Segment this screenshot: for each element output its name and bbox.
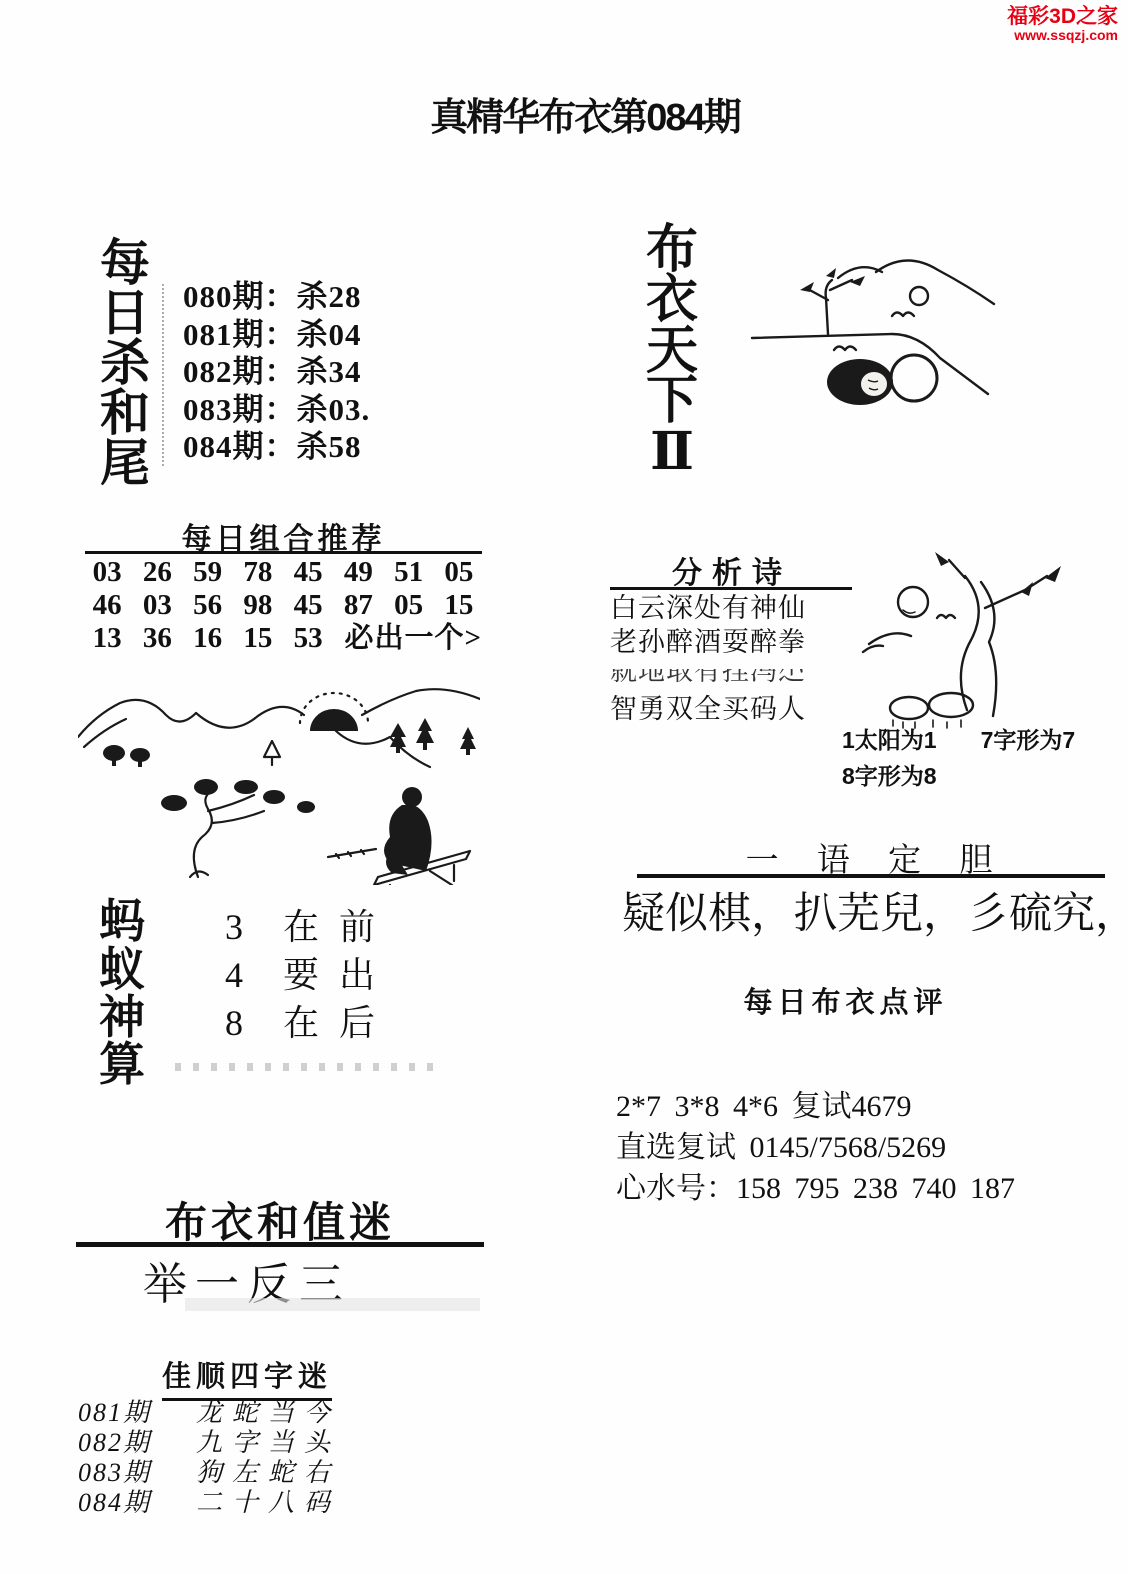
combo-grid: 03 26 59 78 45 49 51 05 46 03 56 98 45 8…: [82, 556, 484, 655]
ant-digit: 3: [225, 903, 283, 951]
combo-row: 46 03 56 98 45 87 05 15: [82, 589, 484, 622]
brand-url: www.ssqzj.com: [1007, 28, 1118, 43]
daily-review-heading: 每日布衣点评: [688, 980, 1003, 1021]
ant-line: 3 在前: [225, 903, 395, 951]
riddle-text: 龙蛇当今: [196, 1398, 340, 1428]
caption-eight: 8字形为8: [842, 763, 937, 789]
ant-oracle-heading: 蚂蚁神算: [90, 898, 154, 1089]
ant-digit: 4: [225, 951, 283, 999]
four-char-row: 083期 狗左蛇右: [78, 1458, 340, 1488]
caption-seven: 7字形为7: [981, 722, 1076, 755]
kill-entry: 084期：杀58: [183, 428, 370, 466]
combo-cell: 49: [333, 556, 383, 589]
combo-cell: 15: [434, 589, 484, 622]
tipsheet-page: 福彩3D之家 www.ssqzj.com 真精华布衣第084期 每日杀和尾 08…: [0, 0, 1128, 1574]
combo-cell: 78: [233, 556, 283, 589]
faded-smudge: [175, 1063, 445, 1071]
ant-text: 在后: [283, 999, 395, 1047]
daily-kill-heading: 每日杀和尾: [90, 238, 160, 488]
sketch-captions: 1太阳为1 7字形为7 8字形为8: [842, 722, 1075, 791]
ant-text: 要出: [283, 951, 395, 999]
riddle-text: 狗左蛇右: [196, 1458, 340, 1488]
daily-review-lines: 2*7 3*8 4*6 复试4679 直选复试 0145/7568/5269 心…: [616, 1086, 1015, 1209]
combo-cell: 45: [283, 556, 333, 589]
poem-line-blurred: 就地取有挂冯尐: [610, 669, 860, 692]
kill-entry: 080期：杀28: [183, 278, 370, 316]
page-title: 真精华布衣第084期: [420, 86, 750, 141]
one-word-underline: [637, 874, 1105, 878]
four-char-row: 084期 二十八码: [78, 1488, 340, 1518]
combo-cell: 03: [132, 589, 182, 622]
dotted-divider: [162, 284, 164, 466]
poem-line: 智勇双全买码人: [610, 692, 860, 726]
combo-cell: 45: [283, 589, 333, 622]
combo-cell: 98: [233, 589, 283, 622]
riddle-text: 九字当头: [196, 1428, 340, 1458]
sum-riddle-underline: [76, 1242, 484, 1247]
poem-line: 老孙醉酒耍醉拳: [610, 625, 860, 659]
combo-cell: 46: [82, 589, 132, 622]
four-char-list: 081期 龙蛇当今 082期 九字当头 083期 狗左蛇右 084期 二十八码: [78, 1398, 340, 1518]
combo-cell: 05: [434, 556, 484, 589]
issue-label: 081期: [78, 1398, 196, 1428]
combo-cell: 56: [183, 589, 233, 622]
buyi-world-heading: 布衣天下Ⅱ: [636, 226, 708, 478]
four-char-row: 082期 九字当头: [78, 1428, 340, 1458]
combo-cell: 03: [82, 556, 132, 589]
review-line: 心水号：158 795 238 740 187: [616, 1168, 1015, 1209]
analysis-poem: 白云深处有神仙 老孙醉酒耍醉拳 就地取有挂冯尐 智勇双全买码人: [610, 591, 860, 726]
combo-cell: 51: [384, 556, 434, 589]
landscape-drawing: [78, 645, 480, 885]
brand-badge: 福彩3D之家 www.ssqzj.com: [1007, 6, 1118, 43]
caption-sun: 1太阳为1: [842, 722, 937, 755]
sum-riddle-heading: 布衣和值迷: [80, 1190, 480, 1250]
one-word-line: 疑似棋，扒芜兒，彡硫究，: [622, 880, 1128, 941]
faded-bar: [185, 1298, 480, 1311]
combo-row: 03 26 59 78 45 49 51 05: [82, 556, 484, 589]
issue-label: 084期: [78, 1488, 196, 1518]
review-line: 直选复试 0145/7568/5269: [616, 1127, 1015, 1168]
ant-digit: 8: [225, 999, 283, 1047]
ant-line: 8 在后: [225, 999, 395, 1047]
analysis-underline: [610, 587, 852, 590]
ant-oracle-list: 3 在前 4 要出 8 在后: [225, 903, 395, 1047]
combo-cell: 59: [183, 556, 233, 589]
combo-cell: 26: [132, 556, 182, 589]
four-char-heading: 佳顺四字迷: [162, 1354, 332, 1401]
combo-cell: 05: [384, 589, 434, 622]
ant-line: 4 要出: [225, 951, 395, 999]
sprout-drawing: [853, 548, 1081, 734]
issue-label: 082期: [78, 1428, 196, 1458]
kill-entry: 083期：杀03.: [183, 391, 370, 429]
brand-name: 福彩3D之家: [1007, 6, 1118, 28]
riddle-text: 二十八码: [196, 1488, 340, 1518]
kill-entry: 081期：杀04: [183, 316, 370, 354]
review-line: 2*7 3*8 4*6 复试4679: [616, 1086, 1015, 1127]
analysis-heading: 分析诗: [612, 548, 852, 592]
daily-kill-list: 080期：杀28 081期：杀04 082期：杀34 083期：杀03. 084…: [183, 278, 370, 466]
kill-entry: 082期：杀34: [183, 353, 370, 391]
combo-cell: 87: [333, 589, 383, 622]
poem-line: 白云深处有神仙: [610, 591, 860, 625]
combo-underline: [85, 551, 482, 554]
ant-text: 在前: [283, 903, 395, 951]
four-char-row: 081期 龙蛇当今: [78, 1398, 340, 1428]
issue-label: 083期: [78, 1458, 196, 1488]
cliff-drawing: [742, 242, 1010, 424]
